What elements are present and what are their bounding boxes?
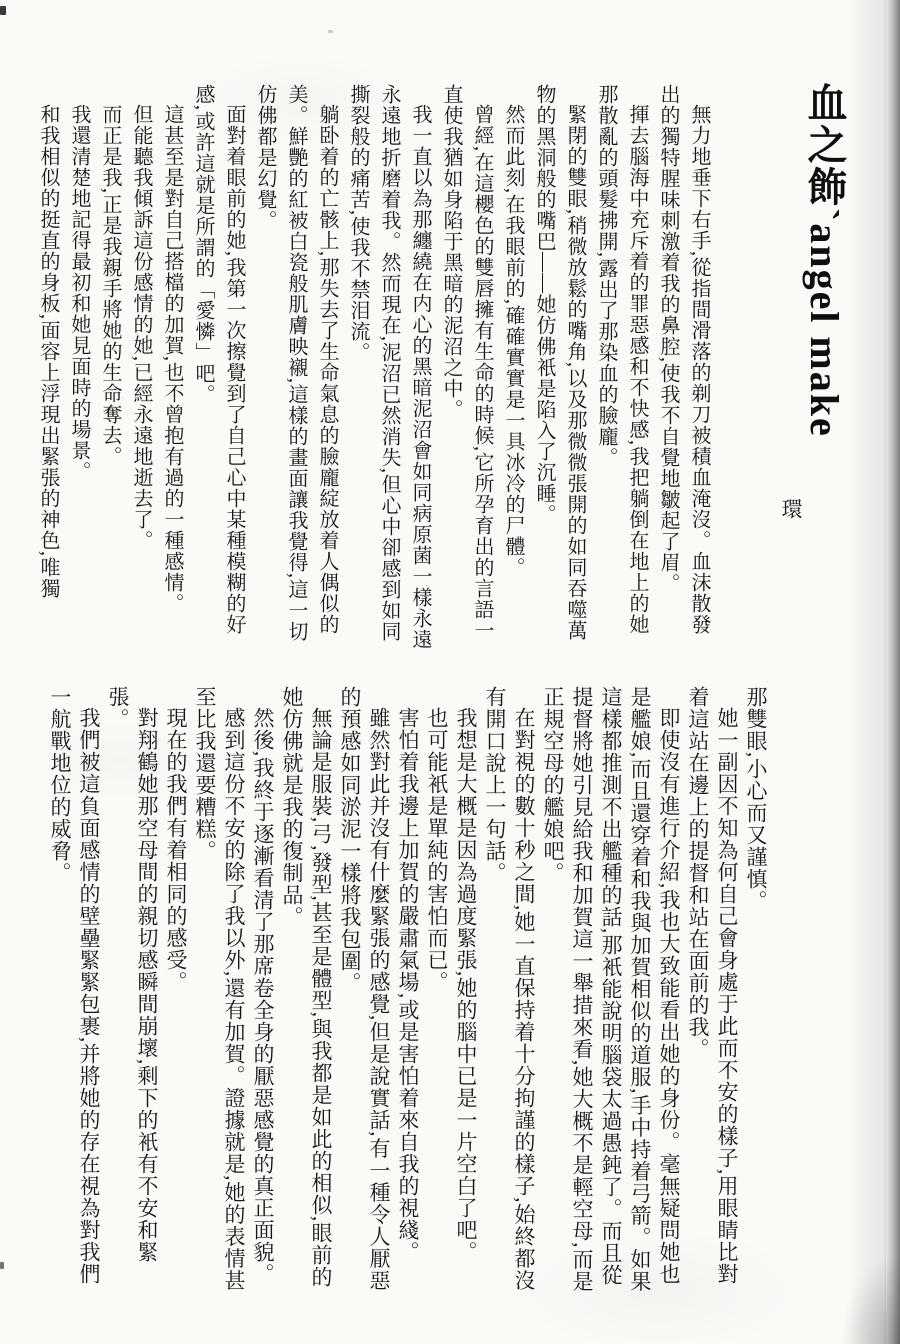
author-name: 環 (778, 498, 804, 898)
scan-speck (0, 1262, 4, 1269)
scan-gutter-shadow (884, 0, 900, 1344)
scanned-novel-page: 血之飾`angel make 環 無力地垂下右手,從指間滑落的剃刀被積血淹沒。血… (0, 0, 900, 1344)
scan-speck (328, 30, 333, 33)
novel-paragraph: 揮去腦海中充斥着的罪惡感和不快感,我把躺倒在地上的她那散亂的頭髮拂開,露出了那染… (590, 84, 652, 654)
scan-gutter-streaks (848, 0, 886, 1344)
novel-paragraph: 感到這份不安的除了我以外,還有加賀。證據就是,她的表情甚至比我還要糟糕。 (190, 686, 248, 1304)
novel-paragraph: 雖然對此并沒有什麼緊張的感覺,但是說實話,有一種令人厭惡的預感如同淤泥一樣將我包… (335, 686, 393, 1304)
novel-paragraph: 害怕着我邊上加賀的嚴肅氣場,或是害怕着來自我的視綫。 (393, 686, 422, 1304)
novel-paragraph: 但能聽我傾訴這份感情的她,已經永遠地逝去了。 (125, 84, 156, 654)
scan-speck (0, 6, 6, 15)
novel-paragraph: 她一副因不知為何自己會身處于此而不安的樣子,用眼睛比對着這站在邊上的提督和站在面… (683, 686, 741, 1304)
novel-paragraph: 和我相似的挺直的身板,面容上浮現出緊張的神色,唯獨 (32, 84, 63, 654)
novel-paragraph: 面對着眼前的她,我第一次擦覺到了自己心中某種模糊的好感,或許這就是所謂的「愛憐」… (187, 84, 249, 654)
novel-paragraph: 對翔鶴她那空母間的親切感瞬間崩壞,剩下的衹有不安和緊張。 (103, 686, 161, 1304)
novel-paragraph: 然後,我終于逐漸看清了那席卷全身的厭惡感覺的真正面貌。 (248, 686, 277, 1304)
upper-text-block: 無力地垂下右手,從指間滑落的剃刀被積血淹沒。血沫散發出的獨特腥味刺激着我的鼻腔,… (28, 84, 714, 654)
novel-paragraph: 我想是大概是因為過度緊張,她的腦中已是一片空白了吧。 (451, 686, 480, 1304)
novel-paragraph: 現在的我們有着相同的感受。 (161, 686, 190, 1304)
novel-paragraph: 即使沒有進行介紹,我也大致能看出她的身份。毫無疑問她也是艦娘,而且還穿着和我與加… (538, 686, 683, 1304)
lower-text-block: 那雙眼,小心而又謹慎。 她一副因不知為何自己會身處于此而不安的樣子,用眼睛比對着… (26, 686, 770, 1304)
scan-corner-shadow (840, 1254, 900, 1344)
novel-paragraph: 無力地垂下右手,從指間滑落的剃刀被積血淹沒。血沫散發出的獨特腥味刺激着我的鼻腔,… (652, 84, 714, 654)
novel-paragraph: 躺卧着的亡骸上,那失去了生命氣息的臉龐綻放着人偶似的美。鮮艷的紅被白瓷般肌膚映襯… (249, 84, 342, 654)
novel-paragraph: 無論是服裝,弓,發型,甚至是體型,與我都是如此的相似,眼前的她仿佛就是我的復制品… (277, 686, 335, 1304)
story-title-cjk: 血之飾 (802, 82, 847, 208)
novel-paragraph: 在對視的數十秒之間,她一直保持着十分拘謹的樣子,始終都沒有開口說上一句話。 (480, 686, 538, 1304)
novel-paragraph: 而正是我,正是我親手將她的生命奪去。 (94, 84, 125, 654)
novel-paragraph: 我還清楚地記得最初和她見面時的場景。 (63, 84, 94, 654)
novel-paragraph: 緊閉的雙眼,稍微放鬆的嘴角,以及那微微張開的如同吞噬萬物的黑洞般的嘴巴——她仿佛… (528, 84, 590, 654)
novel-paragraph: 我一直以為那纏繞在内心的黑暗泥沼會如同病原菌一樣永遠永遠地折磨着我。然而現在,泥… (342, 84, 435, 654)
novel-paragraph: 也可能衹是單純的害怕而已。 (422, 686, 451, 1304)
story-title-latin: `angel make (802, 208, 847, 438)
story-title: 血之飾`angel make (798, 82, 850, 1062)
novel-paragraph: 我們被這負面感情的壁壘緊緊包裹,并將她的存在視為對我們一航戰地位的威脅。 (45, 686, 103, 1304)
novel-paragraph-continuation: 那雙眼,小心而又謹慎。 (741, 686, 770, 1304)
novel-paragraph: 然而此刻,在我眼前的,確確實實是一具冰冷的尸體。 (497, 84, 528, 654)
novel-paragraph: 這甚至是對自己搭檔的加賀,也不曾抱有過的一種感情。 (156, 84, 187, 654)
novel-paragraph: 曾經,在這櫻色的雙唇擁有生命的時候,它所孕育出的言語一直使我猶如身陷于黑暗的泥沼… (435, 84, 497, 654)
